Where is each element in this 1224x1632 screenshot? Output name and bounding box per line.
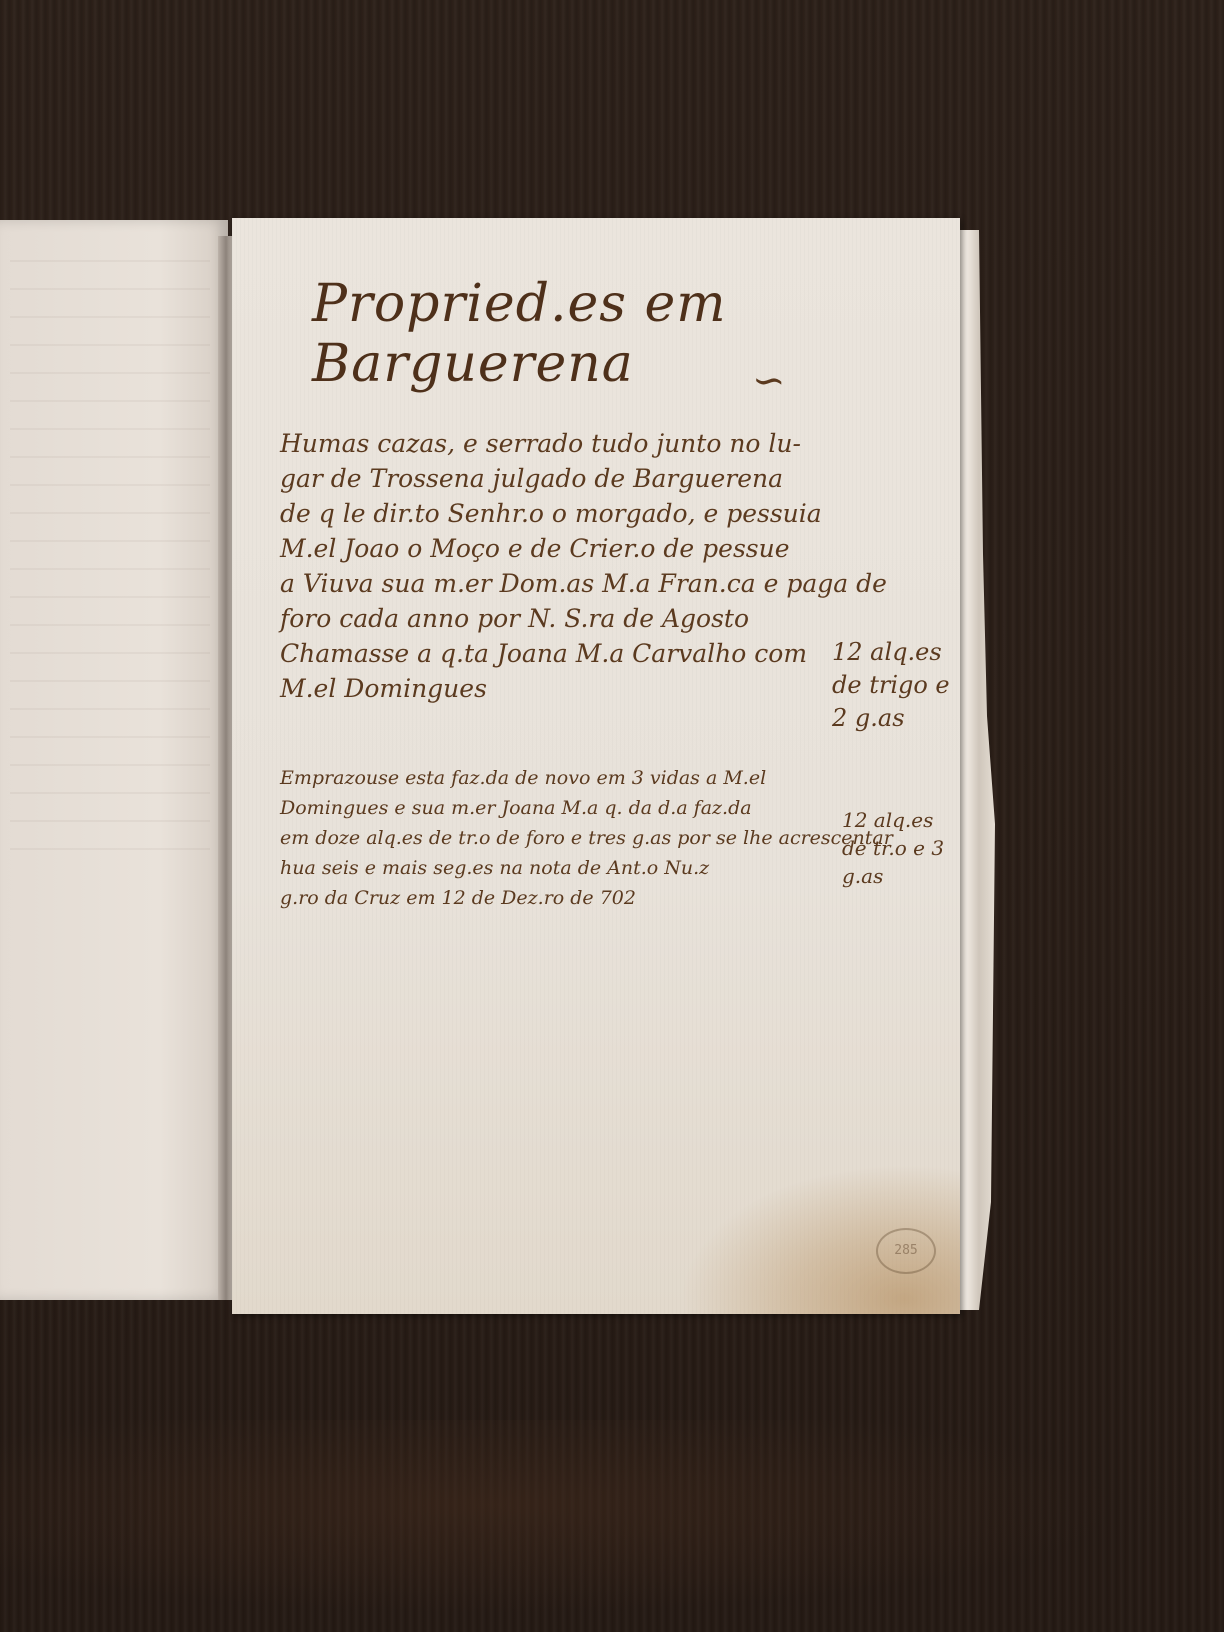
- entry-line-4: M.el Joao o Moço e de Crier.o de pessue: [280, 531, 840, 566]
- page-title: Propried.es em Barguerena: [312, 274, 960, 394]
- margin-note-line: 12 alq.es: [832, 636, 952, 669]
- endorsement-line-4: hua seis e mais seg.es na nota de Ant.o …: [280, 853, 840, 883]
- entry-line-6: foro cada anno por N. S.ra de Agosto: [280, 601, 840, 636]
- title-flourish: ∽: [752, 358, 786, 404]
- margin-note-renewal: 12 alq.es de tr.o e 3 g.as: [842, 806, 952, 890]
- entry-text: Humas cazas, e serrado tudo junto no lu-…: [280, 426, 840, 706]
- endorsement-line-1: Emprazouse esta faz.da de novo em 3 vida…: [280, 763, 840, 793]
- page-edges: [955, 230, 995, 1310]
- bleed-through-text: [10, 260, 210, 860]
- margin-note-line: 12 alq.es: [842, 806, 952, 834]
- entry-line-5: a Viuva sua m.er Dom.as M.a Fran.ca e pa…: [280, 566, 840, 601]
- entry-line-7: Chamasse a q.ta Joana M.a Carvalho com: [280, 636, 840, 671]
- endorsement-line-2: Domingues e sua m.er Joana M.a q. da d.a…: [280, 793, 840, 823]
- endorsement-line-5: g.ro da Cruz em 12 de Dez.ro de 702: [280, 883, 840, 913]
- left-page: [0, 220, 228, 1300]
- entry-line-2: gar de Trossena julgado de Barguerena: [280, 461, 840, 496]
- endorsement-line-3: em doze alq.es de tr.o de foro e tres g.…: [280, 823, 840, 853]
- entry-line-8: M.el Domingues: [280, 671, 840, 706]
- margin-note-line: g.as: [842, 862, 952, 890]
- margin-note-line: de trigo e: [832, 669, 952, 702]
- manuscript-page: Propried.es em Barguerena ∽ Humas cazas,…: [232, 218, 960, 1314]
- endorsement-text: Emprazouse esta faz.da de novo em 3 vida…: [280, 763, 840, 913]
- wooden-table-surface: [0, 1420, 1224, 1632]
- entry-line-3: de q le dir.to Senhr.o o morgado, e pess…: [280, 496, 840, 531]
- archive-stamp: 285: [876, 1228, 936, 1274]
- margin-note-line: 2 g.as: [832, 702, 952, 735]
- margin-note-line: de tr.o e 3: [842, 834, 952, 862]
- entry-line-1: Humas cazas, e serrado tudo junto no lu-: [280, 426, 840, 461]
- margin-note-rent: 12 alq.es de trigo e 2 g.as: [832, 636, 952, 735]
